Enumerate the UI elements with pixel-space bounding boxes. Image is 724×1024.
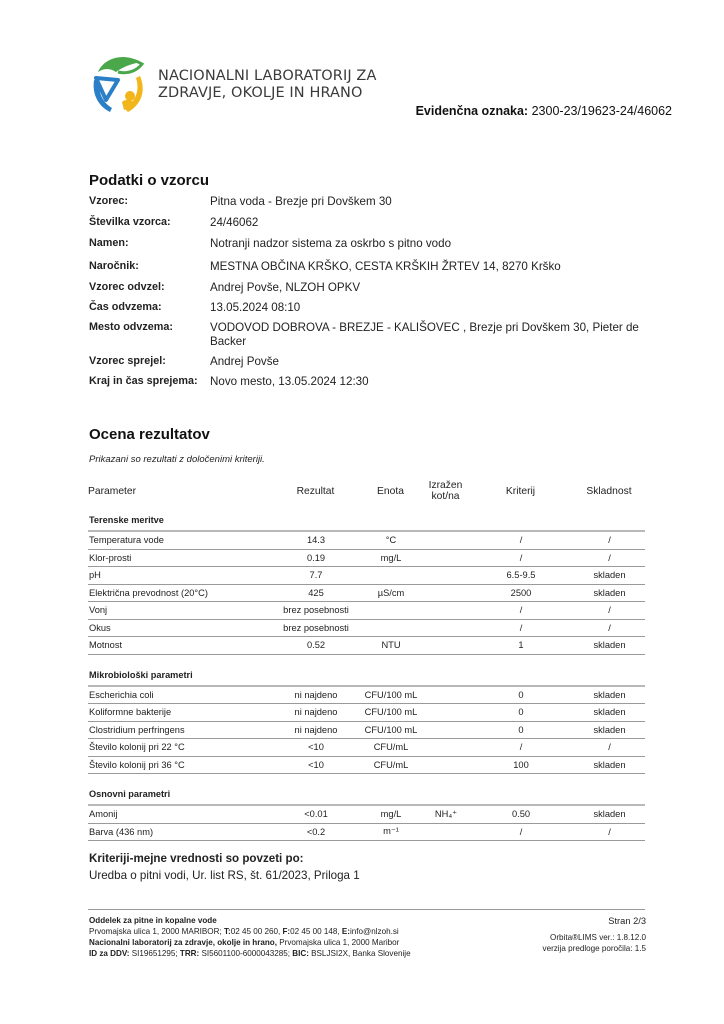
- table-row: Število kolonij pri 22 °C<10CFU/mL//: [88, 739, 645, 757]
- cell-criterion: 0: [468, 721, 573, 739]
- cell-criterion: 0.50: [468, 805, 573, 823]
- column-criterion: Kriterij: [468, 476, 573, 506]
- cell-expressed: NH₄⁺: [423, 805, 468, 823]
- cell-expressed: [423, 756, 468, 774]
- sample-info: Vzorec: Pitna voda - Brezje pri Dovškem …: [89, 195, 649, 395]
- cell-compliance: skladen: [573, 637, 645, 655]
- cell-parameter: Okus: [88, 619, 273, 637]
- footer-meta: Stran 2/3 Orbita®LIMS ver.: 1.8.12.0 ver…: [543, 916, 646, 954]
- cell-parameter: Clostridium perfringens: [88, 721, 273, 739]
- cell-expressed: [423, 823, 468, 841]
- info-row-sampling-location: Mesto odvzema: VODOVOD DOBROVA - BREZJE …: [89, 321, 649, 355]
- column-unit: Enota: [358, 476, 423, 506]
- info-row-client: Naročnik: MESTNA OBČINA KRŠKO, CESTA KRŠ…: [89, 260, 649, 281]
- template-version: verzija predloge poročila: 1.5: [543, 943, 646, 954]
- footer-email: info@nlzoh.si: [350, 927, 399, 936]
- cell-result: <0.2: [273, 823, 358, 841]
- footer-bank-line: ID za DDV: SI19651295; TRR: SI5601100-60…: [89, 948, 411, 959]
- sample-section-title: Podatki o vzorcu: [89, 172, 209, 189]
- column-parameter: Parameter: [88, 476, 273, 506]
- cell-unit: [358, 619, 423, 637]
- cell-compliance: /: [573, 602, 645, 620]
- info-row-received-by: Vzorec sprejel: Andrej Povše: [89, 355, 649, 375]
- cell-parameter: Električna prevodnost (20°C): [88, 584, 273, 602]
- cell-compliance: /: [573, 549, 645, 567]
- cell-result: <10: [273, 756, 358, 774]
- cell-compliance: /: [573, 619, 645, 637]
- nlzoh-logo-icon: [88, 50, 152, 116]
- cell-parameter: Klor-prosti: [88, 549, 273, 567]
- cell-unit: m⁻¹: [358, 823, 423, 841]
- cell-parameter: pH: [88, 567, 273, 585]
- cell-parameter: Temperatura vode: [88, 531, 273, 549]
- results-note: Prikazani so rezultati z določenimi krit…: [89, 454, 265, 465]
- reference-label: Evidenčna oznaka:: [416, 104, 529, 118]
- cell-result: <0.01: [273, 805, 358, 823]
- cell-result: 425: [273, 584, 358, 602]
- cell-compliance: skladen: [573, 686, 645, 704]
- cell-parameter: Koliformne bakterije: [88, 704, 273, 722]
- table-row: Električna prevodnost (20°C)425µS/cm2500…: [88, 584, 645, 602]
- cell-expressed: [423, 704, 468, 722]
- cell-result: brez posebnosti: [273, 602, 358, 620]
- cell-compliance: /: [573, 739, 645, 757]
- table-row: Okusbrez posebnosti//: [88, 619, 645, 637]
- group-name: Terenske meritve: [88, 506, 645, 531]
- cell-result: ni najdeno: [273, 721, 358, 739]
- info-row-sample: Vzorec: Pitna voda - Brezje pri Dovškem …: [89, 195, 649, 216]
- cell-parameter: Amonij: [88, 805, 273, 823]
- cell-expressed: [423, 584, 468, 602]
- cell-parameter: Vonj: [88, 602, 273, 620]
- group-header: Osnovni parametri: [88, 780, 645, 805]
- reference-number: Evidenčna oznaka: 2300-23/19623-24/46062: [416, 104, 672, 118]
- footer-divider: [88, 909, 645, 910]
- table-row: Barva (436 nm)<0.2m⁻¹//: [88, 823, 645, 841]
- results-table-header: Parameter Rezultat Enota Izraženkot/na K…: [88, 476, 645, 506]
- column-compliance: Skladnost: [573, 476, 645, 506]
- page-number: Stran 2/3: [543, 916, 646, 926]
- cell-compliance: skladen: [573, 584, 645, 602]
- cell-result: ni najdeno: [273, 686, 358, 704]
- cell-criterion: /: [468, 602, 573, 620]
- cell-unit: CFU/100 mL: [358, 686, 423, 704]
- cell-unit: CFU/mL: [358, 756, 423, 774]
- cell-expressed: [423, 739, 468, 757]
- cell-unit: CFU/mL: [358, 739, 423, 757]
- cell-criterion: /: [468, 739, 573, 757]
- table-row: Koliformne bakterijeni najdenoCFU/100 mL…: [88, 704, 645, 722]
- table-row: Motnost0.52NTU1skladen: [88, 637, 645, 655]
- cell-unit: CFU/100 mL: [358, 704, 423, 722]
- table-row: Število kolonij pri 36 °C<10CFU/mL100skl…: [88, 756, 645, 774]
- footer-org-line: Nacionalni laboratorij za zdravje, okolj…: [89, 937, 411, 948]
- cell-criterion: 0: [468, 704, 573, 722]
- cell-unit: CFU/100 mL: [358, 721, 423, 739]
- group-header: Terenske meritve: [88, 506, 645, 531]
- table-row: Escherichia colini najdenoCFU/100 mL0skl…: [88, 686, 645, 704]
- group-name: Mikrobiološki parametri: [88, 661, 645, 686]
- column-expressed: Izraženkot/na: [423, 476, 468, 506]
- cell-criterion: /: [468, 549, 573, 567]
- group-name: Osnovni parametri: [88, 780, 645, 805]
- organization-name-line1: NACIONALNI LABORATORIJ ZA: [158, 68, 376, 85]
- organization-name: NACIONALNI LABORATORIJ ZA ZDRAVJE, OKOLJ…: [158, 68, 376, 102]
- cell-unit: µS/cm: [358, 584, 423, 602]
- cell-unit: NTU: [358, 637, 423, 655]
- cell-criterion: 100: [468, 756, 573, 774]
- cell-compliance: skladen: [573, 805, 645, 823]
- cell-expressed: [423, 619, 468, 637]
- info-row-sampling-time: Čas odvzema: 13.05.2024 08:10: [89, 301, 649, 321]
- table-row: Amonij<0.01mg/LNH₄⁺0.50skladen: [88, 805, 645, 823]
- group-header: Mikrobiološki parametri: [88, 661, 645, 686]
- footer-contact: Oddelek za pitne in kopalne vode Prvomaj…: [89, 915, 411, 959]
- reference-value: 2300-23/19623-24/46062: [532, 104, 672, 118]
- cell-parameter: Barva (436 nm): [88, 823, 273, 841]
- cell-criterion: /: [468, 531, 573, 549]
- cell-result: <10: [273, 739, 358, 757]
- cell-parameter: Število kolonij pri 22 °C: [88, 739, 273, 757]
- cell-expressed: [423, 567, 468, 585]
- cell-expressed: [423, 637, 468, 655]
- cell-criterion: /: [468, 619, 573, 637]
- footer-department: Oddelek za pitne in kopalne vode: [89, 916, 217, 925]
- column-result: Rezultat: [273, 476, 358, 506]
- info-row-sampled-by: Vzorec odvzel: Andrej Povše, NLZOH OPKV: [89, 281, 649, 301]
- cell-compliance: skladen: [573, 567, 645, 585]
- cell-result: 0.19: [273, 549, 358, 567]
- footer-address-line: Prvomajska ulica 1, 2000 MARIBOR; T:02 4…: [89, 926, 411, 937]
- cell-parameter: Število kolonij pri 36 °C: [88, 756, 273, 774]
- info-row-sample-number: Številka vzorca: 24/46062: [89, 216, 649, 237]
- cell-result: ni najdeno: [273, 704, 358, 722]
- cell-criterion: 6.5-9.5: [468, 567, 573, 585]
- organization-name-line2: ZDRAVJE, OKOLJE IN HRANO: [158, 85, 376, 102]
- cell-unit: mg/L: [358, 549, 423, 567]
- cell-compliance: /: [573, 823, 645, 841]
- cell-unit: [358, 567, 423, 585]
- cell-expressed: [423, 721, 468, 739]
- cell-expressed: [423, 549, 468, 567]
- cell-unit: °C: [358, 531, 423, 549]
- cell-compliance: skladen: [573, 756, 645, 774]
- cell-compliance: skladen: [573, 704, 645, 722]
- info-row-receipt-place-time: Kraj in čas sprejema: Novo mesto, 13.05.…: [89, 375, 649, 395]
- results-table: Parameter Rezultat Enota Izraženkot/na K…: [88, 476, 645, 841]
- cell-parameter: Motnost: [88, 637, 273, 655]
- info-row-purpose: Namen: Notranji nadzor sistema za oskrbo…: [89, 237, 649, 260]
- cell-compliance: /: [573, 531, 645, 549]
- cell-criterion: 2500: [468, 584, 573, 602]
- cell-criterion: 1: [468, 637, 573, 655]
- cell-unit: mg/L: [358, 805, 423, 823]
- table-row: Clostridium perfringensni najdenoCFU/100…: [88, 721, 645, 739]
- cell-compliance: skladen: [573, 721, 645, 739]
- table-row: Vonjbrez posebnosti//: [88, 602, 645, 620]
- cell-expressed: [423, 531, 468, 549]
- cell-result: 0.52: [273, 637, 358, 655]
- cell-criterion: 0: [468, 686, 573, 704]
- table-row: Klor-prosti0.19mg/L//: [88, 549, 645, 567]
- cell-expressed: [423, 602, 468, 620]
- cell-result: brez posebnosti: [273, 619, 358, 637]
- cell-criterion: /: [468, 823, 573, 841]
- results-table-body: Terenske meritveTemperatura vode14.3°C//…: [88, 506, 645, 841]
- results-section-title: Ocena rezultatov: [89, 426, 210, 443]
- table-row: Temperatura vode14.3°C//: [88, 531, 645, 549]
- cell-parameter: Escherichia coli: [88, 686, 273, 704]
- criteria-title: Kriteriji-mejne vrednosti so povzeti po:: [89, 852, 304, 865]
- cell-result: 14.3: [273, 531, 358, 549]
- criteria-source: Uredba o pitni vodi, Ur. list RS, št. 61…: [89, 869, 360, 882]
- software-version: Orbita®LIMS ver.: 1.8.12.0: [543, 932, 646, 943]
- cell-expressed: [423, 686, 468, 704]
- cell-result: 7.7: [273, 567, 358, 585]
- cell-unit: [358, 602, 423, 620]
- table-row: pH7.76.5-9.5skladen: [88, 567, 645, 585]
